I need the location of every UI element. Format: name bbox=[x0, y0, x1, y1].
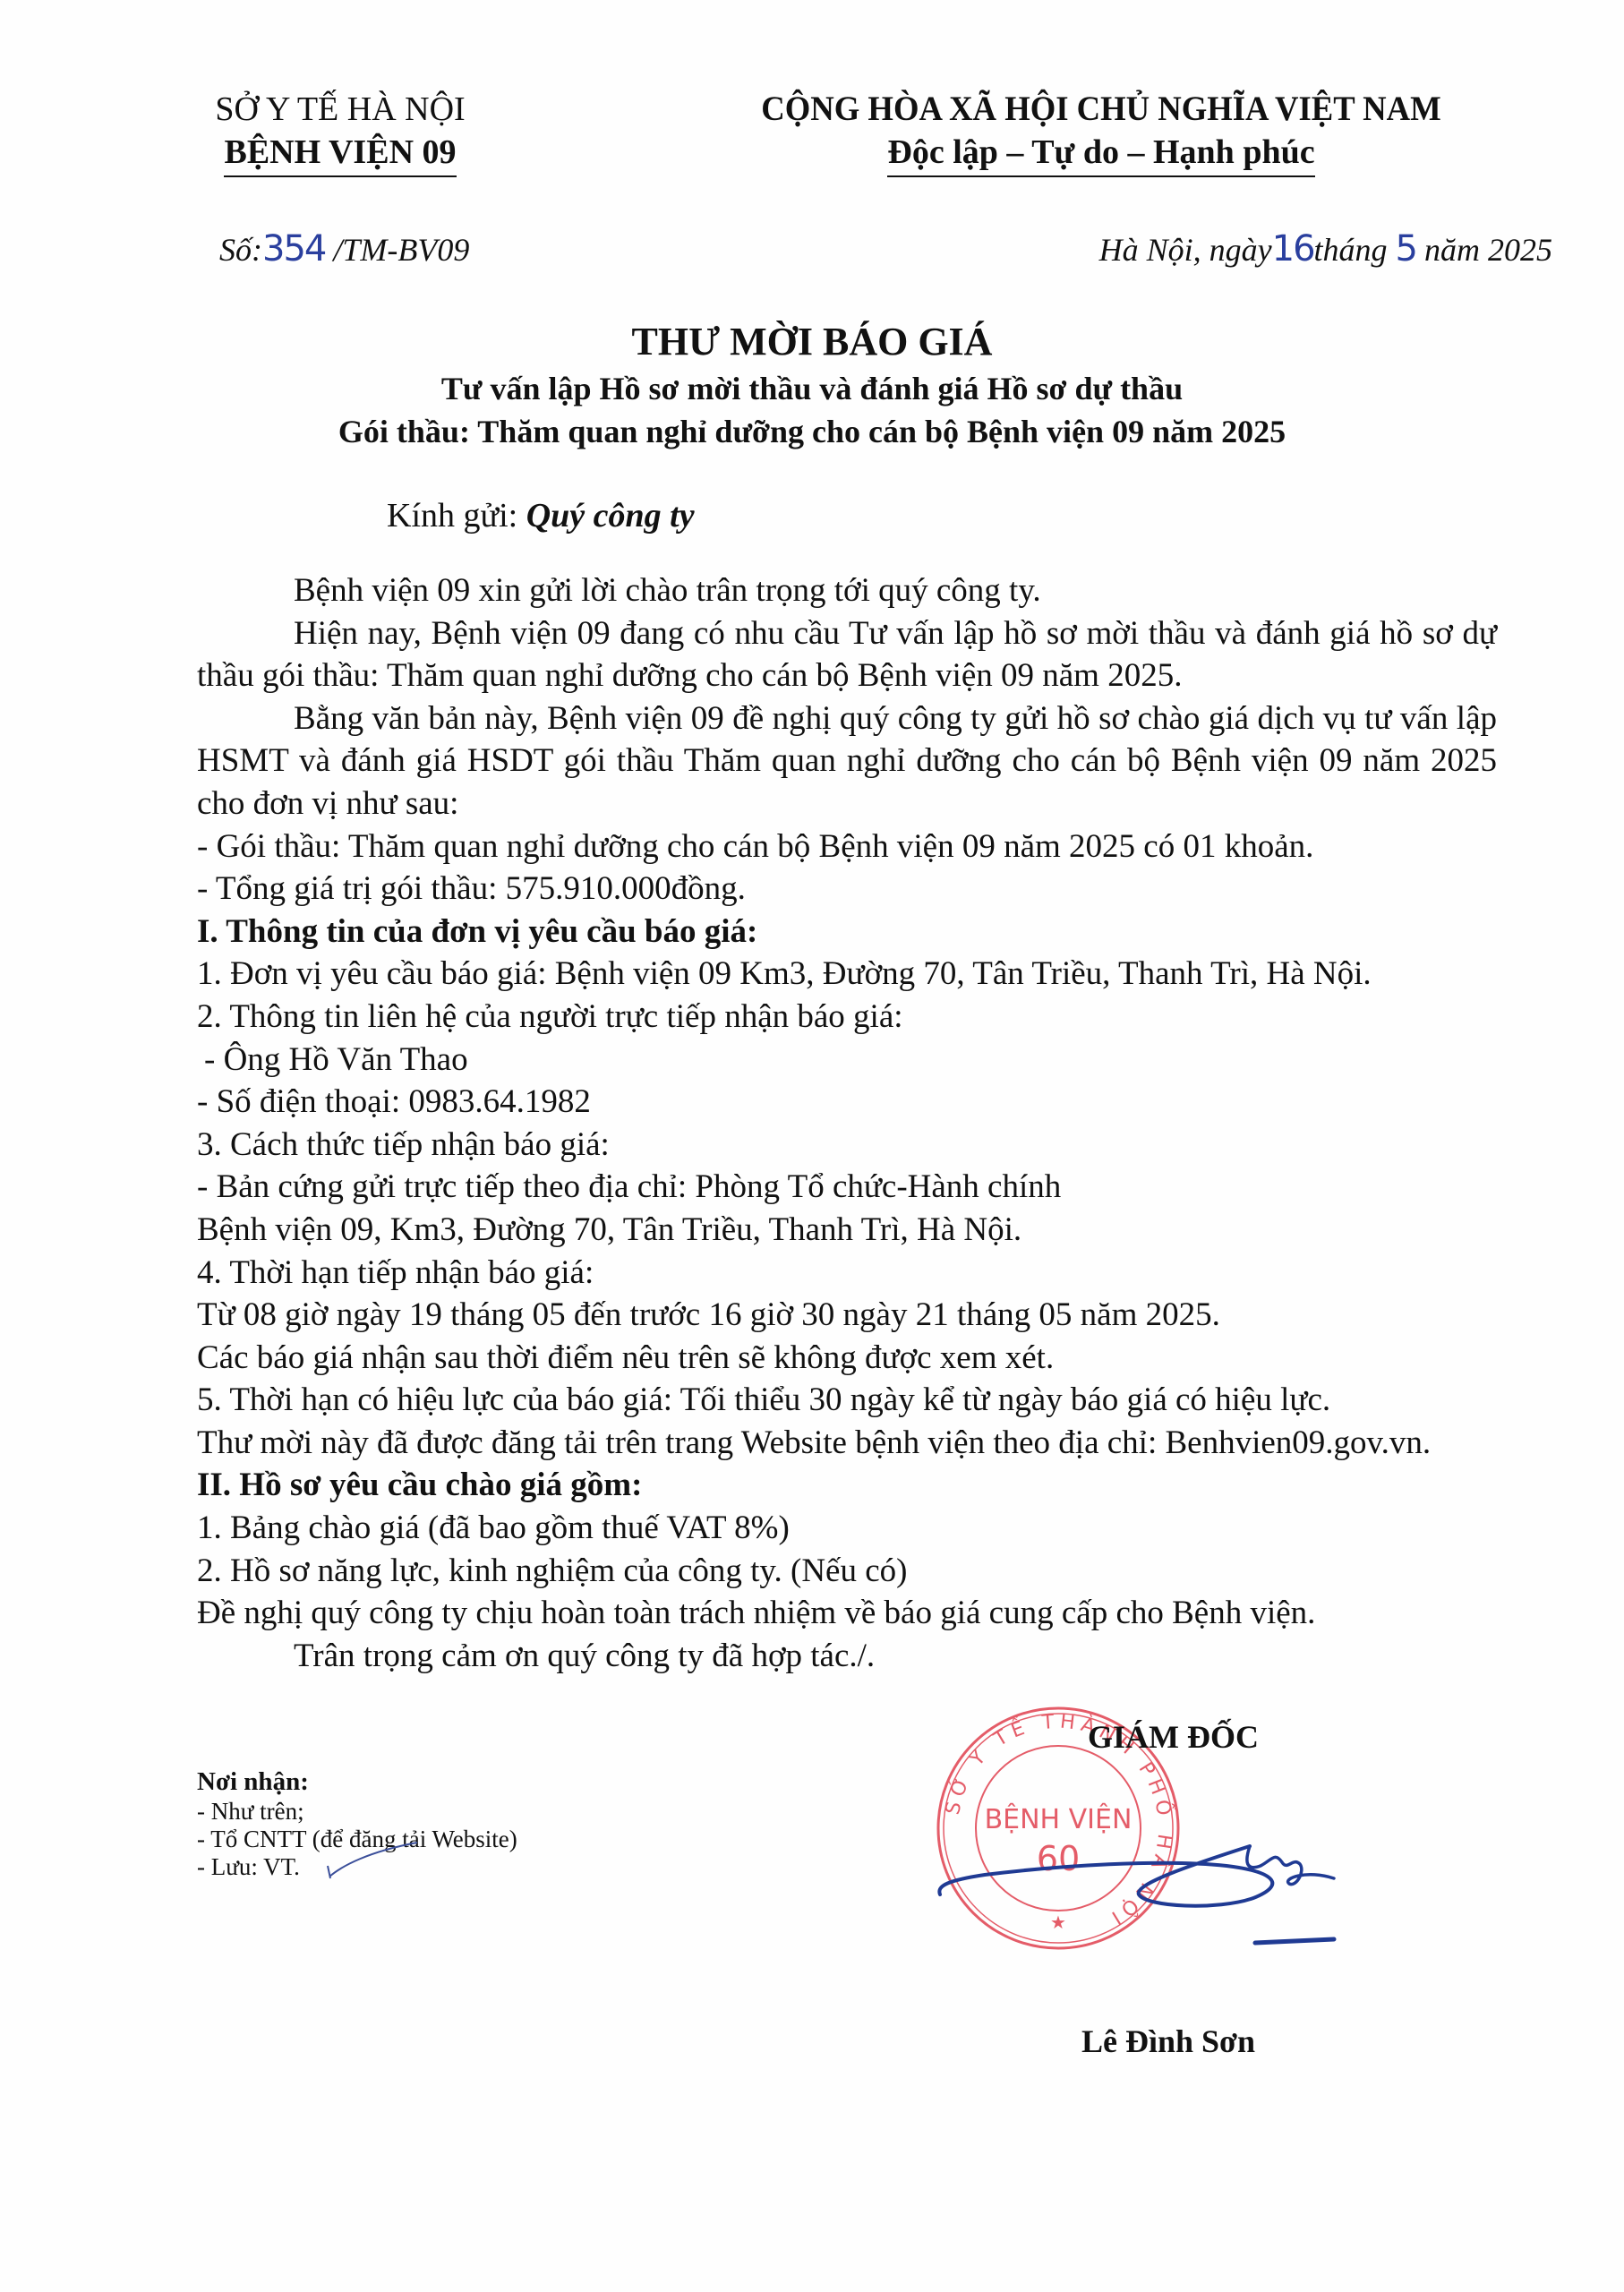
contact-name: - Ông Hồ Văn Thao bbox=[197, 1039, 1497, 1082]
section-1-item-1: 1. Đơn vị yêu cầu báo giá: Bệnh viện 09 … bbox=[197, 953, 1497, 996]
salutation-label: Kính gửi: bbox=[387, 497, 517, 535]
section-1-heading: I. Thông tin của đơn vị yêu cầu báo giá: bbox=[197, 911, 1497, 954]
salutation: Kính gửi: Quý công ty bbox=[387, 494, 695, 537]
section-2-heading: II. Hồ sơ yêu cầu chào giá gồm: bbox=[197, 1464, 1497, 1507]
issuing-agency-block: SỞ Y TẾ HÀ NỘI BỆNH VIỆN 09 bbox=[161, 88, 519, 177]
recipient-item: - Như trên; bbox=[197, 1798, 517, 1826]
parent-agency: SỞ Y TẾ HÀ NỘI bbox=[161, 88, 519, 131]
greeting-paragraph: Bệnh viện 09 xin gửi lời chào trân trọng… bbox=[197, 569, 1497, 612]
package-line: - Gói thầu: Thăm quan nghỉ dưỡng cho cán… bbox=[197, 825, 1497, 868]
document-number: Số:354 /TM-BV09 bbox=[219, 227, 469, 271]
section-1-item-5: 5. Thời hạn có hiệu lực của báo giá: Tối… bbox=[197, 1379, 1497, 1422]
organization-name: BỆNH VIỆN 09 bbox=[224, 131, 456, 177]
salutation-recipient: Quý công ty bbox=[526, 497, 695, 535]
document-title-block: THƯ MỜI BÁO GIÁ Tư vấn lập Hồ sơ mời thầ… bbox=[0, 317, 1624, 453]
delivery-line-1: - Bản cứng gửi trực tiếp theo địa chỉ: P… bbox=[197, 1166, 1497, 1209]
national-title: CỘNG HÒA XÃ HỘI CHỦ NGHĨA VIỆT NAM bbox=[714, 88, 1489, 131]
delivery-line-2: Bệnh viện 09, Km3, Đường 70, Tân Triều, … bbox=[197, 1209, 1497, 1252]
need-paragraph: Hiện nay, Bệnh viện 09 đang có nhu cầu T… bbox=[197, 612, 1497, 697]
responsibility-line: Đề nghị quý công ty chịu hoàn toàn trách… bbox=[197, 1592, 1497, 1635]
total-value-line: - Tổng giá trị gói thầu: 575.910.000đồng… bbox=[197, 868, 1497, 911]
document-subtitle-1: Tư vấn lập Hồ sơ mời thầu và đánh giá Hồ… bbox=[0, 367, 1624, 410]
signer-title: GIÁM ĐỐC bbox=[1088, 1715, 1259, 1758]
date-month-handwritten: 5 bbox=[1396, 228, 1416, 269]
recipients-heading: Nơi nhận: bbox=[197, 1766, 517, 1798]
closing-line: Trân trọng cảm ơn quý công ty đã hợp tác… bbox=[197, 1635, 1497, 1678]
document-title: THƯ MỜI BÁO GIÁ bbox=[0, 317, 1624, 367]
letter-body: Bệnh viện 09 xin gửi lời chào trân trọng… bbox=[197, 569, 1497, 1677]
initial-check-mark-icon bbox=[324, 1839, 423, 1884]
section-2-item-2: 2. Hồ sơ năng lực, kinh nghiệm của công … bbox=[197, 1550, 1497, 1593]
contact-phone: - Số điện thoại: 0983.64.1982 bbox=[197, 1081, 1497, 1124]
doc-number-handwritten: 354 bbox=[262, 228, 325, 269]
section-1-item-4: 4. Thời hạn tiếp nhận báo giá: bbox=[197, 1252, 1497, 1295]
national-header-block: CỘNG HÒA XÃ HỘI CHỦ NGHĨA VIỆT NAM Độc l… bbox=[689, 88, 1513, 177]
date-place: Hà Nội, ngày bbox=[1099, 232, 1272, 268]
handwritten-signature-icon bbox=[931, 1835, 1343, 1970]
request-paragraph: Bằng văn bản này, Bệnh viện 09 đề nghị q… bbox=[197, 697, 1497, 825]
deadline-line: Từ 08 giờ ngày 19 tháng 05 đến trước 16 … bbox=[197, 1294, 1497, 1337]
document-page: SỞ Y TẾ HÀ NỘI BỆNH VIỆN 09 CỘNG HÒA XÃ … bbox=[0, 0, 1624, 2292]
doc-number-prefix: Số: bbox=[219, 232, 262, 268]
date-year: năm 2025 bbox=[1424, 232, 1552, 268]
doc-number-suffix: /TM-BV09 bbox=[333, 232, 469, 268]
section-2-item-1: 1. Bảng chào giá (đã bao gồm thuế VAT 8%… bbox=[197, 1507, 1497, 1550]
section-1-item-3: 3. Cách thức tiếp nhận báo giá: bbox=[197, 1124, 1497, 1167]
stamp-center-line-1: BỆNH VIỆN bbox=[985, 1803, 1133, 1835]
document-subtitle-2: Gói thầu: Thăm quan nghỉ dưỡng cho cán b… bbox=[0, 410, 1624, 453]
issue-date: Hà Nội, ngày16tháng 5 năm 2025 bbox=[1099, 227, 1552, 271]
website-notice: Thư mời này đã được đăng tải trên trang … bbox=[197, 1422, 1497, 1465]
late-notice: Các báo giá nhận sau thời điểm nêu trên … bbox=[197, 1337, 1497, 1380]
section-1-item-2: 2. Thông tin liên hệ của người trực tiếp… bbox=[197, 996, 1497, 1039]
signer-name: Lê Đình Sơn bbox=[1081, 2020, 1255, 2063]
date-day-handwritten: 16 bbox=[1272, 228, 1314, 269]
national-motto: Độc lập – Tự do – Hạnh phúc bbox=[887, 131, 1314, 177]
date-month-label: tháng bbox=[1314, 232, 1388, 268]
